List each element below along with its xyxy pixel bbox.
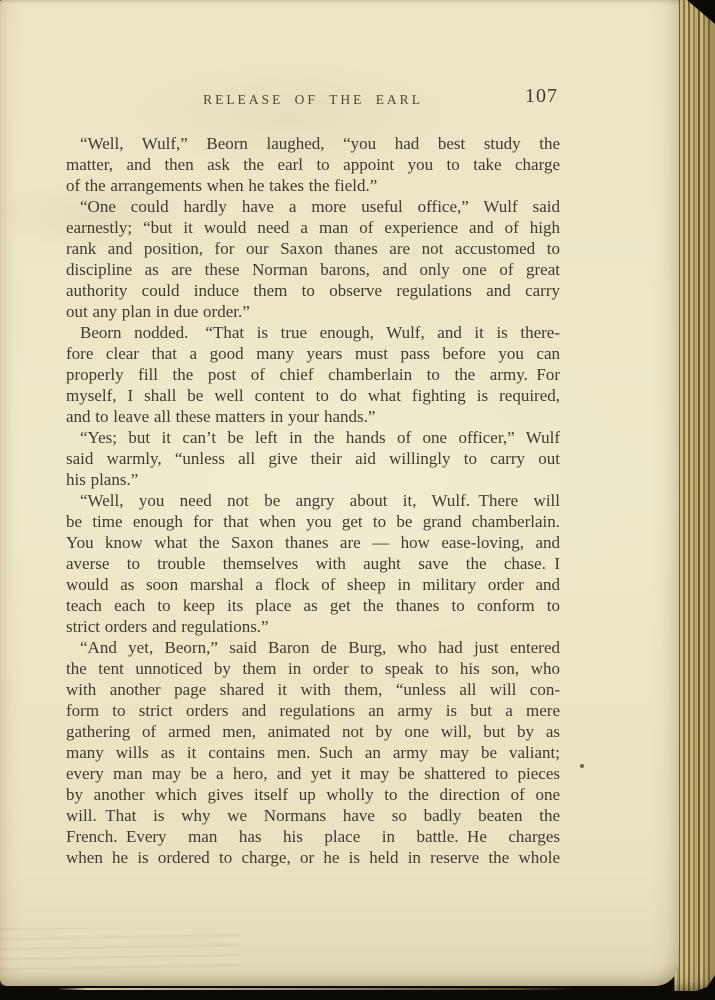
text-line: of the arrangements when he takes the fi… [66,175,560,196]
text-line: fore clear that a good many years must p… [66,343,560,364]
text-line: properly fill the post of chief chamberl… [66,364,560,385]
running-title: RELEASE OF THE EARL [203,92,423,108]
text-line: You know what the Saxon thanes are — how… [66,532,560,553]
text-line: strict orders and regulations.” [66,616,560,637]
text-line: “Well, you need not be angry about it, W… [66,490,560,511]
paragraph: “Well, Wulf,” Beorn laughed, “you had be… [66,133,560,196]
text-line: “One could hardly have a more useful off… [66,196,560,217]
text-line: his plans.” [66,469,560,490]
page-header: RELEASE OF THE EARL 107 [66,88,560,109]
text-line: rank and position, for our Saxon thanes … [66,238,560,259]
text-line: teach each to keep its place as get the … [66,595,560,616]
page-bottom-edge-highlight [56,988,576,990]
scanned-book-photo: RELEASE OF THE EARL 107 “Well, Wulf,” Be… [0,0,715,1000]
paragraph: “One could hardly have a more useful off… [66,196,560,322]
text-line: “Well, Wulf,” Beorn laughed, “you had be… [66,133,560,154]
paragraph: Beorn nodded. “That is true enough, Wulf… [66,322,560,427]
text-line: form to strict orders and regulations an… [66,700,560,721]
book-page: RELEASE OF THE EARL 107 “Well, Wulf,” Be… [0,0,679,986]
book-fore-edge-pages [674,0,715,991]
text-line: will. That is why we Normans have so bad… [66,805,560,826]
text-line: earnestly; “but it would need a man of e… [66,217,560,238]
text-line: authority could induce them to observe r… [66,280,560,301]
text-line: averse to trouble themselves with aught … [66,553,560,574]
page-curl-shadow [0,928,240,974]
text-line: by another which gives itself up wholly … [66,784,560,805]
text-block: RELEASE OF THE EARL 107 “Well, Wulf,” Be… [66,88,560,868]
body-text: “Well, Wulf,” Beorn laughed, “you had be… [66,133,560,868]
text-line: and to leave all these matters in your h… [66,406,560,427]
text-line: out any plan in due order.” [66,301,560,322]
text-line: every man may be a hero, and yet it may … [66,763,560,784]
text-line: “Yes; but it can’t be left in the hands … [66,427,560,448]
gutter-shading [0,0,16,986]
text-line: be time enough for that when you get to … [66,511,560,532]
text-line: the tent unnoticed by them in order to s… [66,658,560,679]
text-line: myself, I shall be well content to do wh… [66,385,560,406]
paragraph: “And yet, Beorn,” said Baron de Burg, wh… [66,637,560,868]
text-line: Beorn nodded. “That is true enough, Wulf… [66,322,560,343]
text-line: matter, and then ask the earl to appoint… [66,154,560,175]
text-line: discipline as are these Norman barons, a… [66,259,560,280]
text-line: many wills as it contains men. Such an a… [66,742,560,763]
text-line: would as soon marshal a flock of sheep i… [66,574,560,595]
text-line: “And yet, Beorn,” said Baron de Burg, wh… [66,637,560,658]
text-line: French. Every man has his place in battl… [66,826,560,847]
page-number: 107 [525,85,558,108]
paragraph: “Yes; but it can’t be left in the hands … [66,427,560,490]
ink-speck [580,764,584,768]
text-line: with another page shared it with them, “… [66,679,560,700]
text-line: when he is ordered to charge, or he is h… [66,847,560,868]
text-line: gathering of armed men, animated not by … [66,721,560,742]
paragraph: “Well, you need not be angry about it, W… [66,490,560,637]
text-line: said warmly, “unless all give their aid … [66,448,560,469]
